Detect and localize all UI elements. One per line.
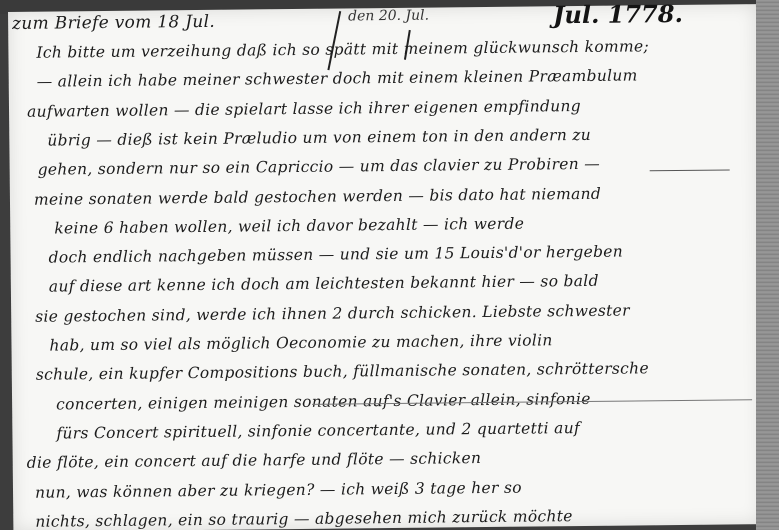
manuscript-line: doch endlich nachgeben müssen — und sie …	[48, 243, 623, 267]
manuscript-line: aufwarten wollen — die spielart lasse ic…	[27, 97, 581, 121]
page-edge	[756, 0, 779, 530]
manuscript-line: fürs Concert spirituell, sinfonie concer…	[56, 419, 580, 442]
manuscript-line: gehen, sondern nur so ein Capriccio — um…	[38, 155, 601, 179]
manuscript-page: zum Briefe vom 18 Jul. den 20. Jul. Jul.…	[8, 4, 761, 530]
header-note: zum Briefe vom 18 Jul.	[12, 12, 215, 34]
manuscript-line: auf diese art kenne ich doch am leichtes…	[49, 272, 599, 296]
manuscript-line: nun, was können aber zu kriegen? — ich w…	[35, 478, 522, 501]
manuscript-line: keine 6 haben wollen, weil ich davor bez…	[54, 214, 524, 237]
manuscript-line: die flöte, ein concert auf die harfe und…	[27, 449, 482, 472]
manuscript-line: sie gestochen sind, werde ich ihnen 2 du…	[35, 301, 630, 325]
manuscript-line: Ich bitte um verzeihung daß ich so spätt…	[36, 37, 649, 61]
dash-rule	[650, 169, 730, 171]
manuscript-line: schule, ein kupfer Compositions buch, fü…	[36, 360, 649, 384]
manuscript-line: übrig — dieß ist kein Præludio um von ei…	[47, 126, 591, 150]
manuscript-line: hab, um so viel als möglich Oeconomie zu…	[49, 331, 552, 354]
manuscript-line: nichts, schlagen, ein so traurig — abges…	[35, 507, 573, 530]
manuscript-line: meine sonaten werde bald gestochen werde…	[34, 184, 601, 208]
date-large: Jul. 1778.	[553, 0, 683, 29]
date-small: den 20. Jul.	[348, 8, 429, 25]
manuscript-line: — allein ich habe meiner schwester doch …	[37, 67, 638, 91]
